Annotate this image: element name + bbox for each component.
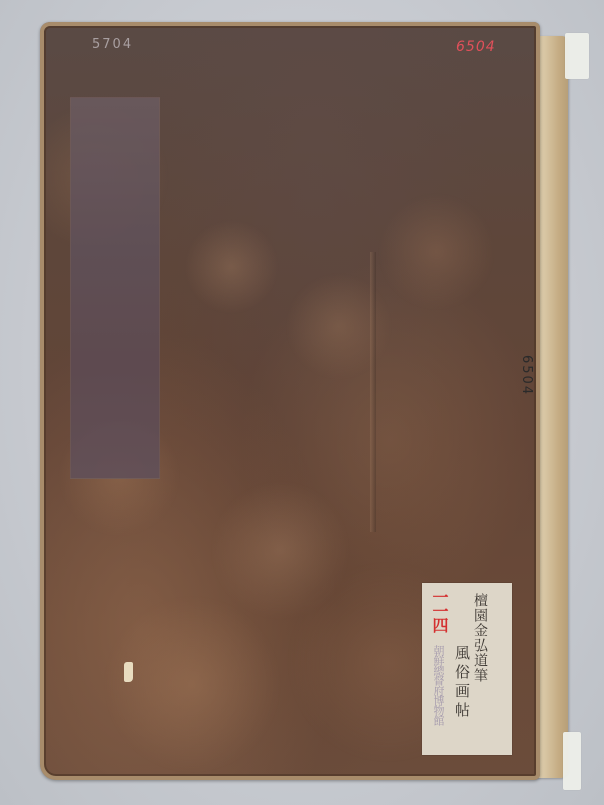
label-catalogue-number: 一一四	[428, 589, 451, 631]
museum-label: 一一四 檀園金弘道筆 風俗画帖 朝鮮總督府博物館	[422, 583, 512, 755]
damage-spot	[124, 662, 133, 682]
label-title: 風俗画帖	[452, 645, 473, 721]
inventory-mark-white: 5704	[92, 37, 133, 52]
tape-bottom	[563, 732, 581, 790]
spine-number: 6504	[519, 355, 534, 396]
faded-title-slip	[70, 97, 160, 479]
tape-top	[565, 33, 589, 79]
label-artist: 檀園金弘道筆	[470, 593, 490, 683]
label-museum-stamp: 朝鮮總督府博物館	[430, 645, 446, 725]
inventory-mark-red: 6504	[456, 39, 496, 55]
